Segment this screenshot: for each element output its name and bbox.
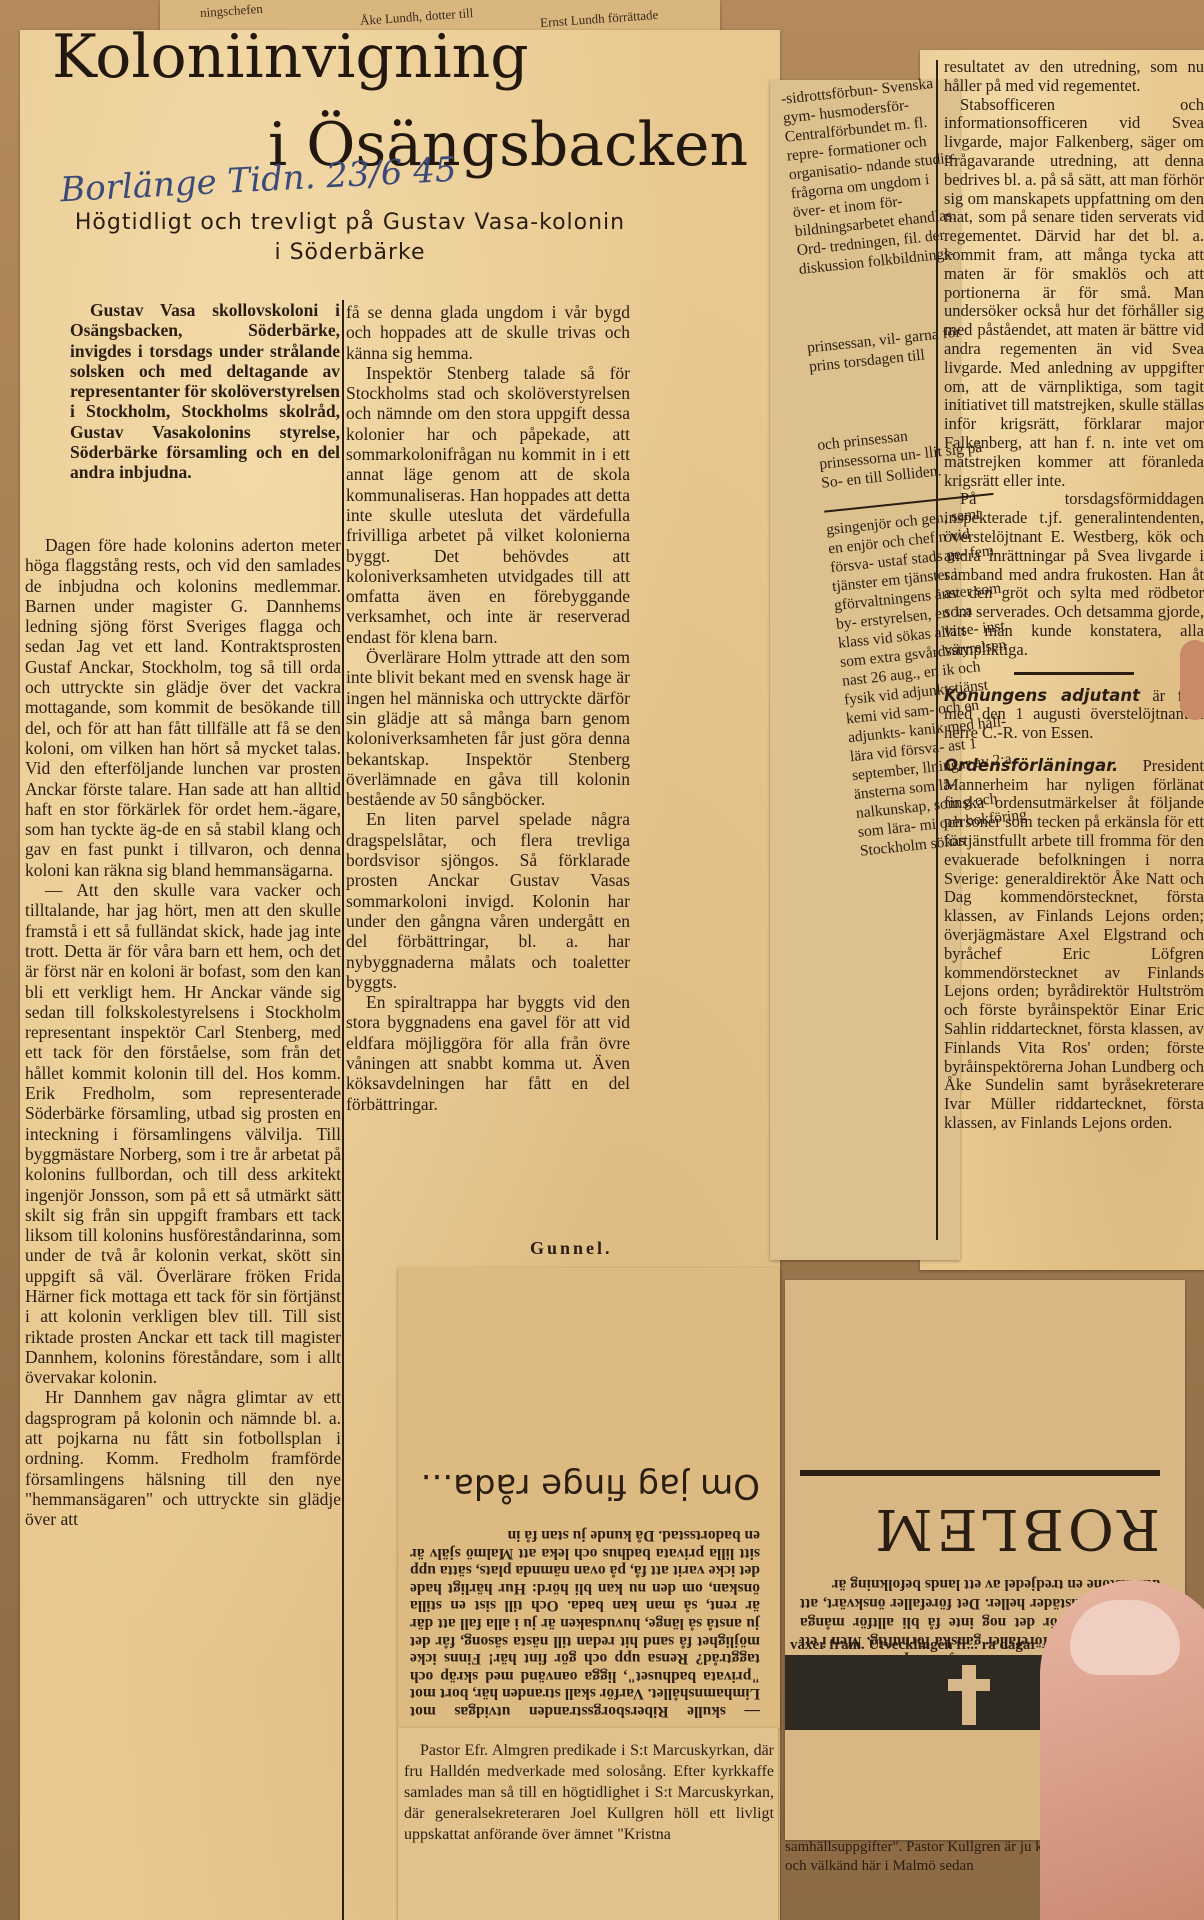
orders-text: President Mannerheim har nyligen förläna… bbox=[944, 756, 1204, 1132]
orders-heading: Ordensförläningar. bbox=[944, 756, 1118, 775]
article-column-1: Dagen före hade kolonins aderton meter h… bbox=[25, 535, 341, 1530]
paragraph: På torsdagsförmiddagen inspekterade t.jf… bbox=[944, 490, 1204, 659]
problem-heading: ROBLEM bbox=[800, 1496, 1160, 1561]
paragraph: Överlärare Holm yttrade att den som inte… bbox=[346, 647, 630, 809]
paragraph: Pastor Efr. Almgren predikade i S:t Marc… bbox=[404, 1740, 774, 1845]
decorative-bar bbox=[800, 1470, 1160, 1476]
scrap-line: Ernst Lundh förrättade bbox=[540, 8, 659, 30]
article-column-2: få se denna glada ungdom i vår bygd och … bbox=[346, 302, 630, 1114]
subtitle-line-1: Högtidligt och trevligt på Gustav Vasa-k… bbox=[70, 208, 630, 238]
paragraph: En liten parvel spelade några dragspelsl… bbox=[346, 809, 630, 992]
column-divider bbox=[936, 60, 938, 1240]
scrap-line: ningschefen bbox=[200, 2, 264, 20]
paragraph: Dagen före hade kolonins aderton meter h… bbox=[25, 535, 341, 880]
headline-line-1: Koloniinvigning bbox=[52, 22, 529, 92]
folded-block: -sidrottsförbun- Svenska gym- husmodersf… bbox=[780, 72, 969, 279]
om-jag-heading: Om jag finge råda... bbox=[410, 1466, 760, 1506]
paragraph: resultatet av den utredning, som nu håll… bbox=[944, 58, 1204, 96]
article-lead: Gustav Vasa skollovskoloni i Osängsbacke… bbox=[70, 300, 340, 483]
column-divider bbox=[342, 300, 344, 1920]
adjutant-heading: Konungens adjutant bbox=[944, 686, 1140, 705]
author-signature: Gunnel. bbox=[530, 1238, 613, 1259]
thumbnail-nail bbox=[1070, 1600, 1180, 1675]
right-news-column: resultatet av den utredning, som nu håll… bbox=[944, 58, 1204, 1133]
paragraph: få se denna glada ungdom i vår bygd och … bbox=[346, 302, 630, 363]
om-jag-finge-rada-block: — skulle Ribersborgsstranden utvidgas mo… bbox=[410, 1290, 760, 1720]
finger-edge bbox=[1180, 640, 1204, 720]
obituary-strip bbox=[785, 1655, 1055, 1730]
subtitle-line-2: i Söderbärke bbox=[70, 238, 630, 268]
bottom-article-left: Pastor Efr. Almgren predikade i S:t Marc… bbox=[404, 1740, 774, 1845]
subtitle: Högtidligt och trevligt på Gustav Vasa-k… bbox=[70, 208, 630, 268]
om-jag-body: — skulle Ribersborgsstranden utvidgas mo… bbox=[410, 1526, 760, 1720]
paragraph: — Att den skulle vara vacker och tilltal… bbox=[25, 880, 341, 1387]
paragraph: Stabsofficeren och informationsofficeren… bbox=[944, 96, 1204, 491]
paragraph: Hr Dannhem gav några glimtar av ett dags… bbox=[25, 1387, 341, 1529]
paragraph: En spiraltrappa har byggts vid den stora… bbox=[346, 992, 630, 1114]
cross-icon bbox=[962, 1665, 976, 1725]
paragraph: Inspektör Stenberg talade så för Stockho… bbox=[346, 363, 630, 647]
